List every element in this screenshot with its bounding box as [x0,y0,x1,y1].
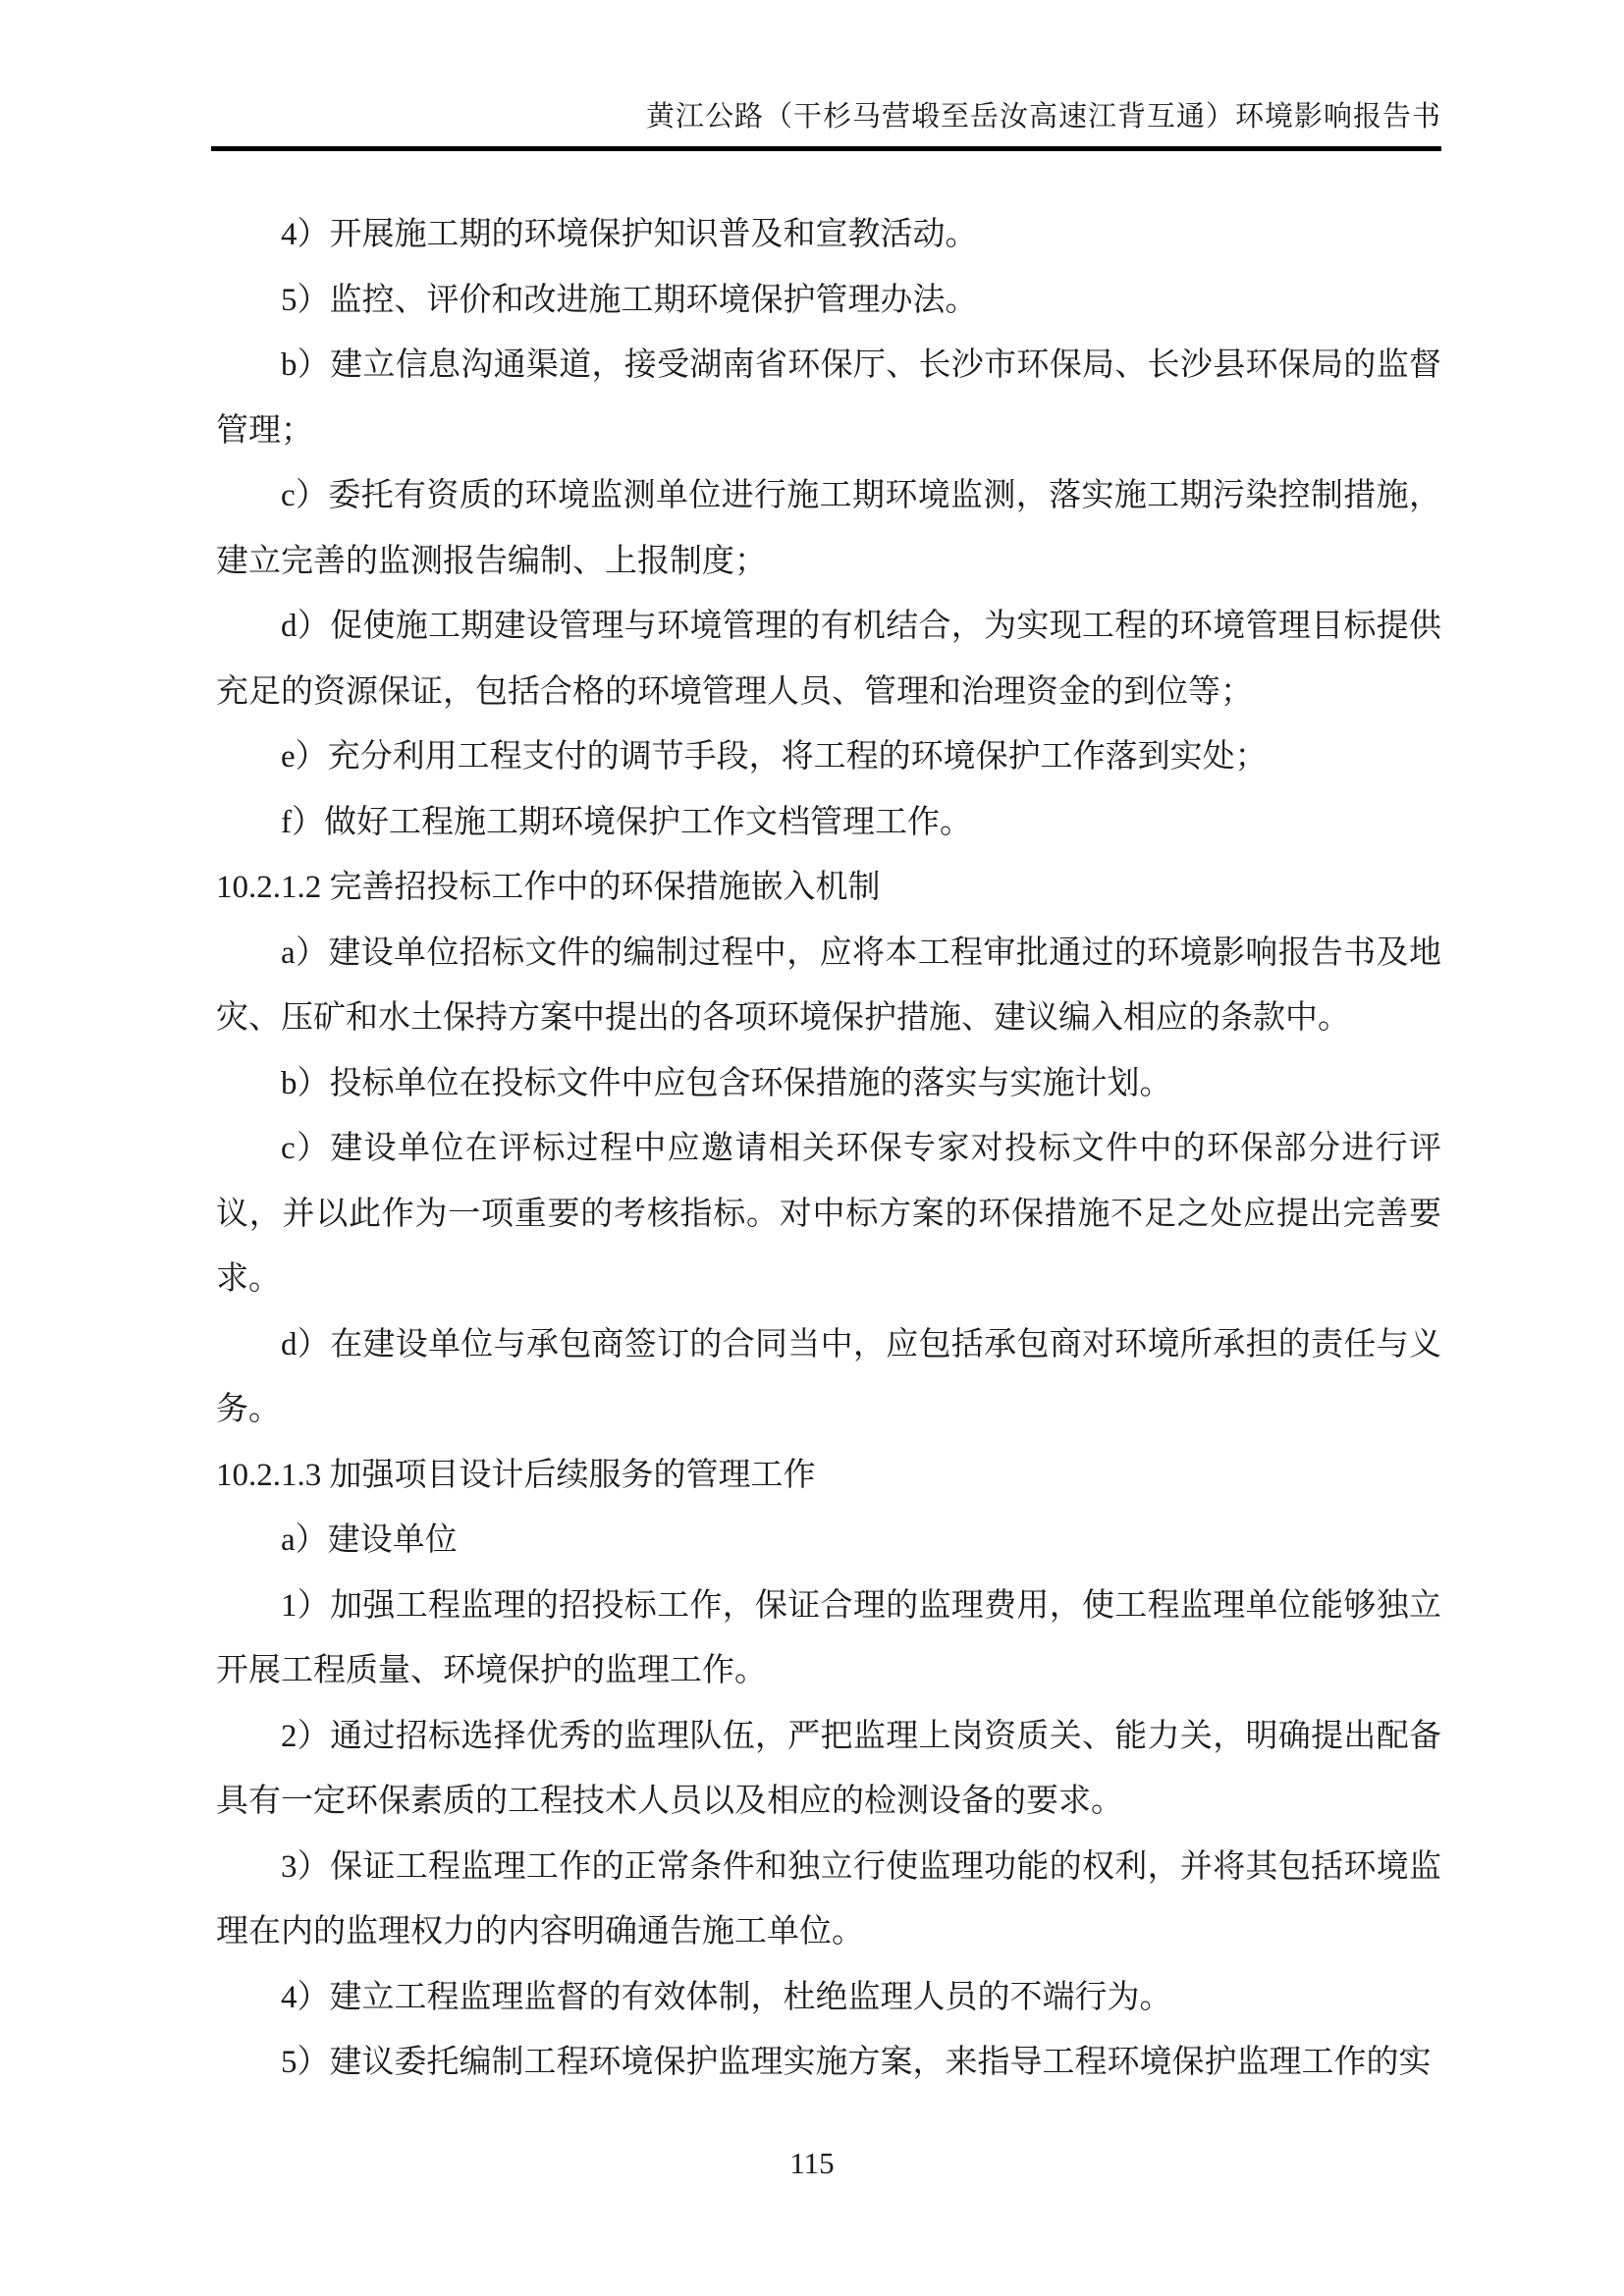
paragraph: b）投标单位在投标文件中应包含环保措施的落实与实施计划。 [216,1051,1441,1117]
header-title: 黄江公路（干杉马营塅至岳汝高速江背互通）环境影响报告书 [211,94,1441,139]
paragraph: 4）开展施工期的环境保护知识普及和宣教活动。 [216,202,1441,268]
paragraph: d）在建设单位与承包商签订的合同当中，应包括承包商对环境所承担的责任与义务。 [216,1312,1441,1443]
paragraph: a）建设单位招标文件的编制过程中，应将本工程审批通过的环境影响报告书及地灾、压矿… [216,921,1441,1051]
page-header: 黄江公路（干杉马营塅至岳汝高速江背互通）环境影响报告书 [211,94,1441,151]
paragraph: f）做好工程施工期环境保护工作文档管理工作。 [216,790,1441,856]
paragraph: c）建设单位在评标过程中应邀请相关环保专家对投标文件中的环保部分进行评议，并以此… [216,1116,1441,1312]
paragraph: a）建设单位 [216,1508,1441,1574]
page-number: 115 [789,2146,834,2180]
paragraph: 5）建议委托编制工程环境保护监理实施方案，来指导工程环境保护监理工作的实 [216,2030,1441,2096]
section-heading: 10.2.1.2 完善招投标工作中的环保措施嵌入机制 [216,855,1441,921]
paragraph: 3）保证工程监理工作的正常条件和独立行使监理功能的权利，并将其包括环境监理在内的… [216,1835,1441,1965]
paragraph: d）促使施工期建设管理与环境管理的有机结合，为实现工程的环境管理目标提供充足的资… [216,594,1441,724]
header-rule [211,146,1441,151]
paragraph: 4）建立工程监理监督的有效体制，杜绝监理人员的不端行为。 [216,1965,1441,2031]
paragraph: b）建立信息沟通渠道，接受湖南省环保厅、长沙市环保局、长沙县环保局的监督管理； [216,333,1441,463]
section-heading: 10.2.1.3 加强项目设计后续服务的管理工作 [216,1443,1441,1509]
paragraph: 2）通过招标选择优秀的监理队伍，严把监理上岗资质关、能力关，明确提出配备具有一定… [216,1704,1441,1835]
document-body: 4）开展施工期的环境保护知识普及和宣教活动。 5）监控、评价和改进施工期环境保护… [216,202,1441,2096]
paragraph: e）充分利用工程支付的调节手段，将工程的环境保护工作落到实处； [216,724,1441,790]
page-footer: 115 [0,2144,1624,2183]
document-page: 黄江公路（干杉马营塅至岳汝高速江背互通）环境影响报告书 4）开展施工期的环境保护… [0,0,1624,2296]
paragraph: c）委托有资质的环境监测单位进行施工期环境监测，落实施工期污染控制措施，建立完善… [216,463,1441,594]
paragraph: 1）加强工程监理的招投标工作，保证合理的监理费用，使工程监理单位能够独立开展工程… [216,1574,1441,1704]
paragraph: 5）监控、评价和改进施工期环境保护管理办法。 [216,268,1441,334]
